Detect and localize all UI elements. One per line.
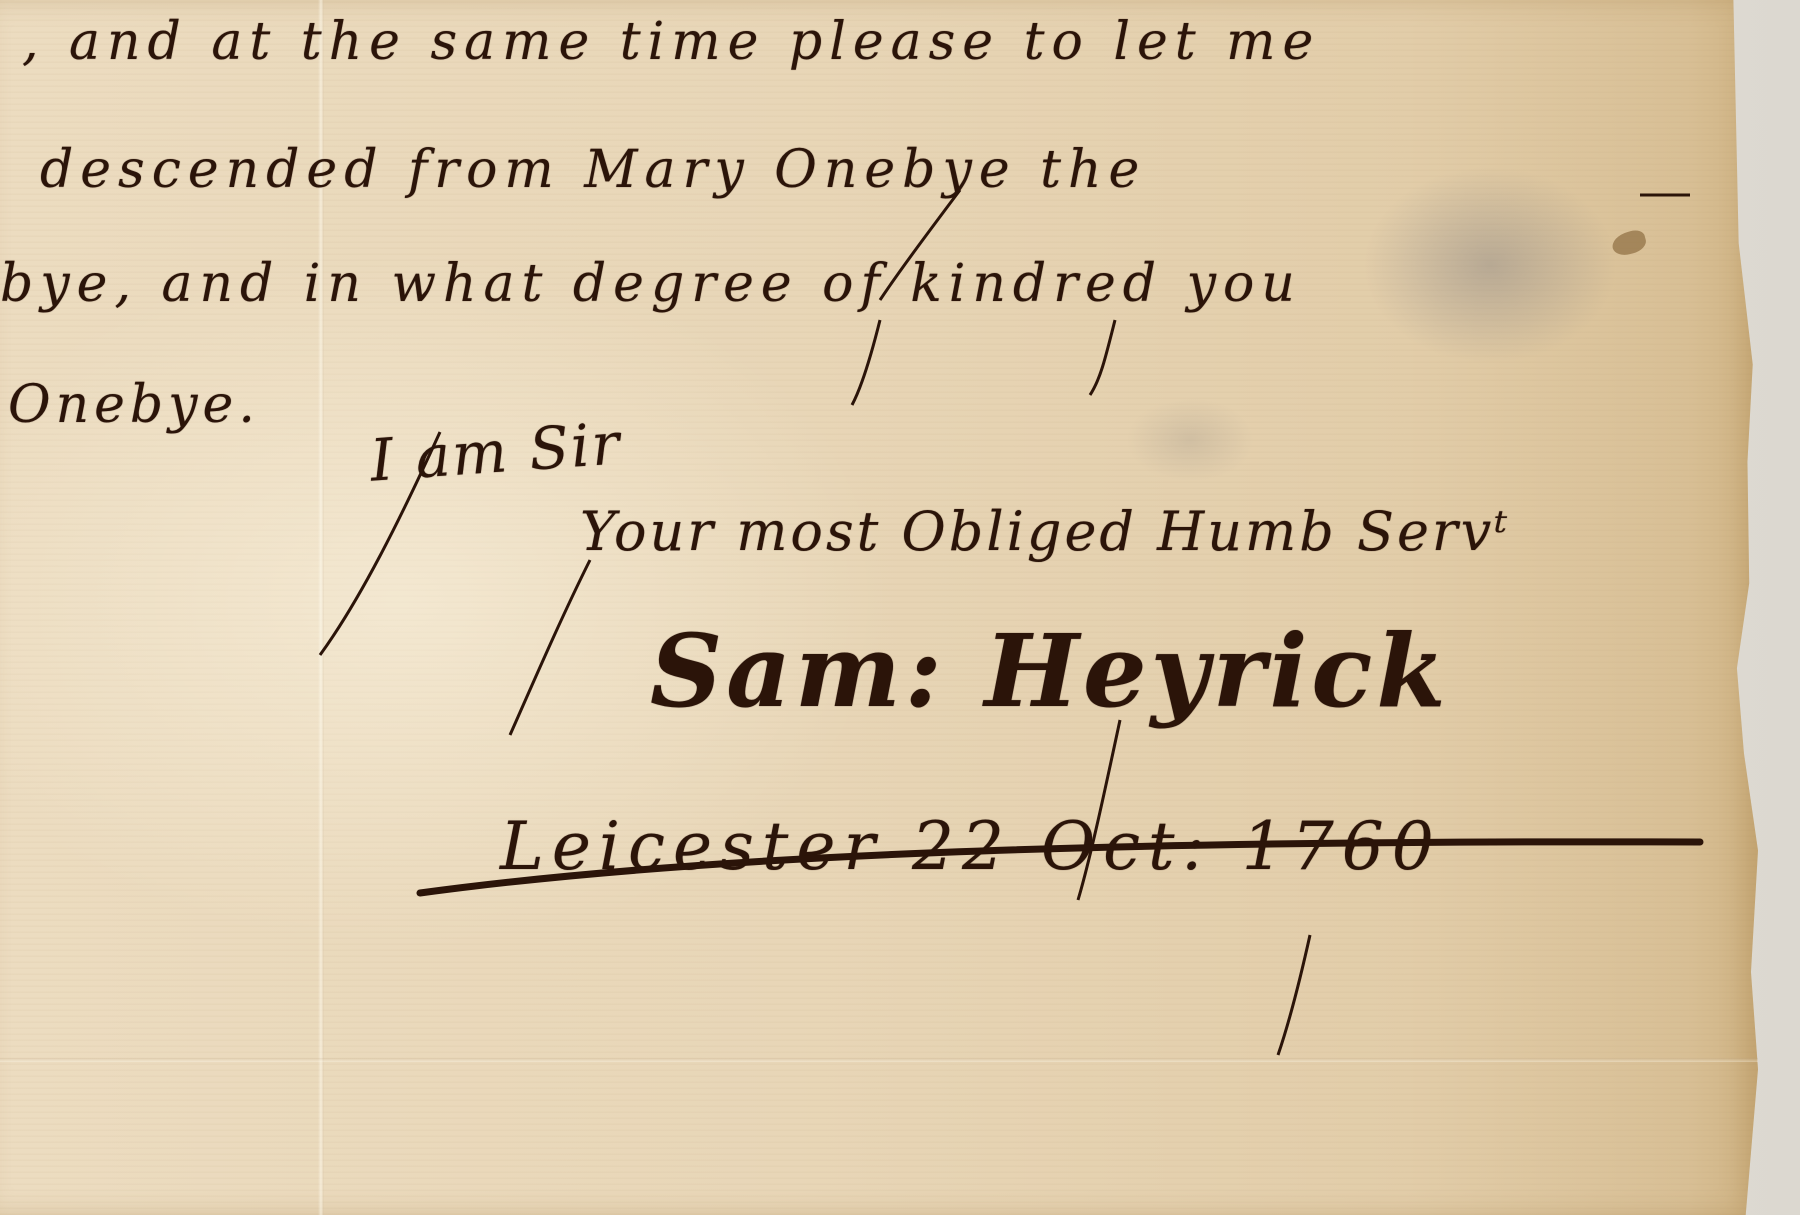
horizontal-fold-crease [0, 1058, 1758, 1062]
document-photo: , and at the same time please to let me … [0, 0, 1800, 1215]
letter-line-2: descended from Mary Onebye the [40, 140, 1146, 200]
signature: Sam: Heyrick [650, 612, 1450, 730]
letter-line-4: Onebye. [8, 375, 260, 435]
letter-line-3: bye, and in what degree of kindred you [0, 254, 1302, 314]
place-and-date: Leicester 22 Oct: 1760 [500, 808, 1442, 885]
letter-line-1: , and at the same time please to let me [22, 12, 1320, 72]
valediction-text: Your most Obliged Humb Servᵗ [580, 500, 1511, 563]
